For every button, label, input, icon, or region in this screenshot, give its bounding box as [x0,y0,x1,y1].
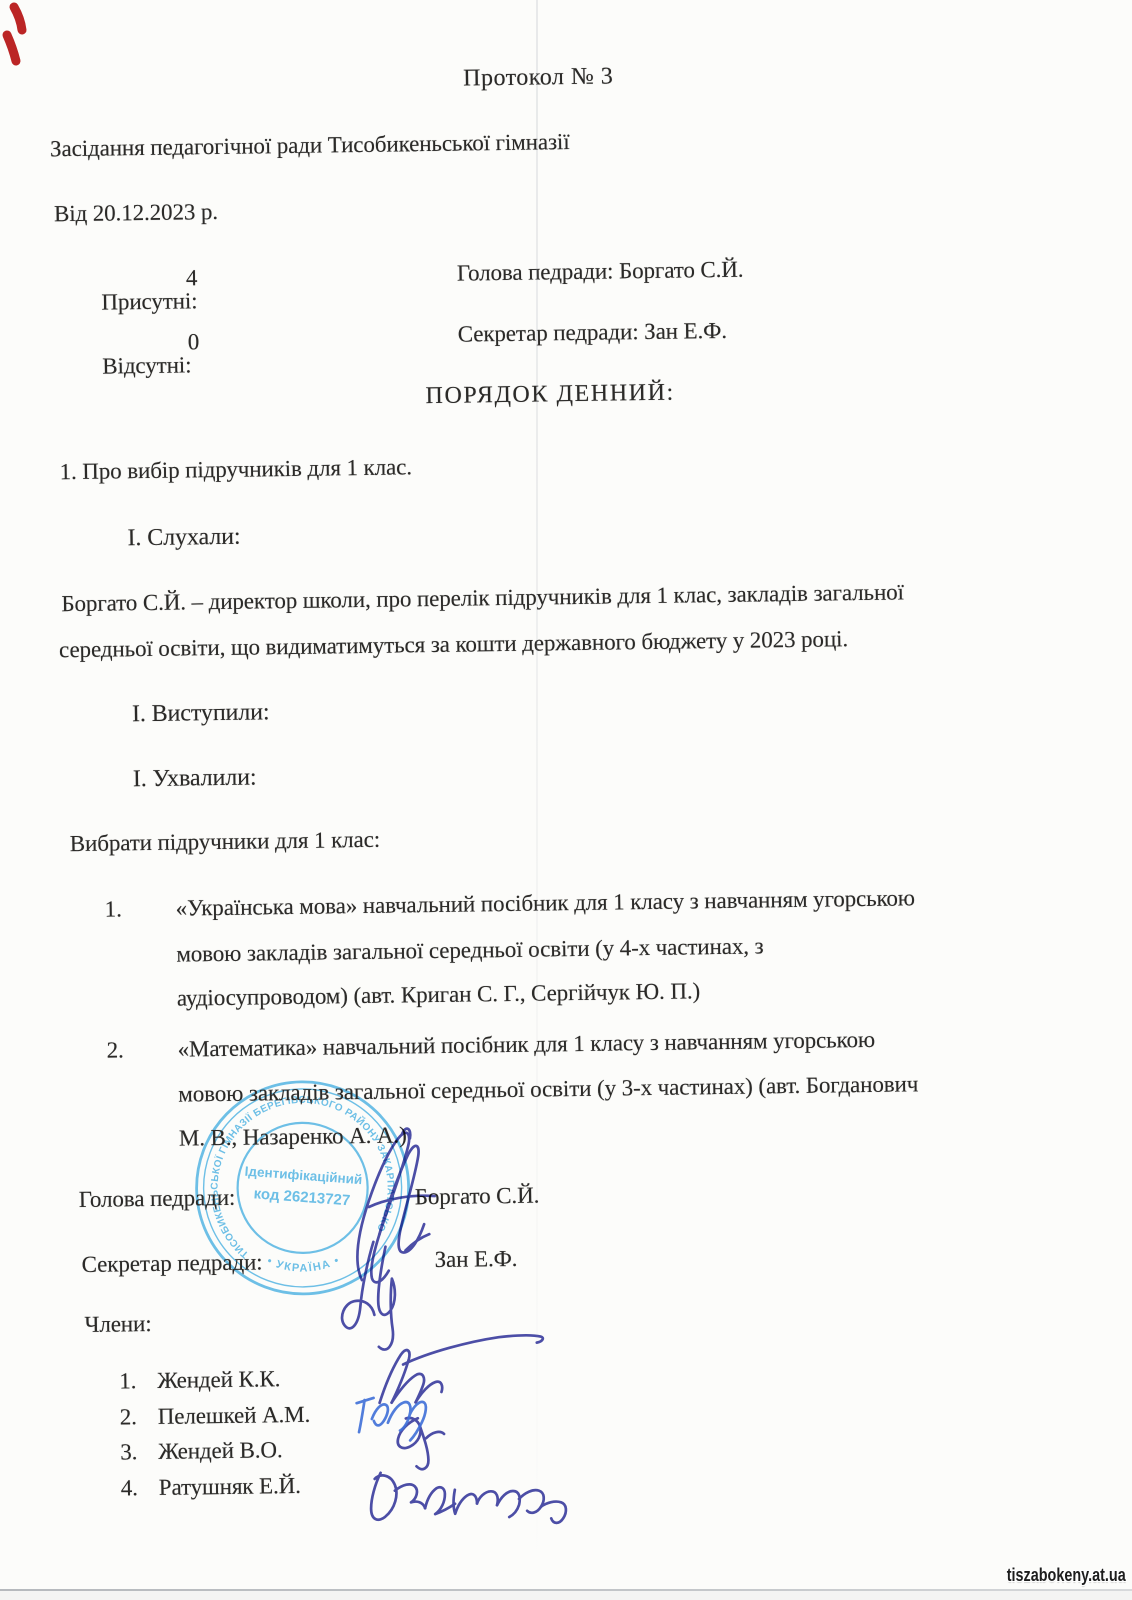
member-4-name: Ратушняк Е.Й. [159,1474,301,1499]
agenda-heading: ПОРЯДОК ДЕННИЙ: [425,381,675,408]
members-heading: Члени: [84,1312,151,1336]
heard-text-line2: середньої освіти, що видиматимуться за к… [59,627,848,661]
head-signature-label: Голова педради: [79,1186,236,1211]
meeting-subtitle: Засідання педагогічної ради Тисобикеньсь… [50,130,570,160]
heard-text-line1: Боргато С.Й. – директор школи, про перел… [61,580,904,615]
absent-count: 0 [188,330,200,353]
head-line: Голова педради: Боргато С.Й. [457,258,744,285]
member-2-number: 2. [120,1405,137,1428]
paper-sheet: ТИСОБИКЕНЬСЬКОЇ ГІМНАЗІЇ БЕРЕГІВСЬКОГО Р… [0,0,1132,1600]
item-2-line3: М. В., Назаренко А. А.) [179,1123,407,1149]
item-1-line3: аудіосупроводом) (авт. Криган С. Г., Сер… [177,979,700,1009]
item-2-number: 2. [107,1038,124,1061]
page-title: Протокол № 3 [463,64,614,90]
secretary-signature-label: Секретар педради: [82,1250,263,1276]
head-signature-name: Боргато С.Й. [415,1184,540,1209]
absent-label: Відсутні: [102,352,191,378]
heard-heading: І. Слухали: [127,525,240,551]
present-label: Присутні: [101,288,197,314]
agenda-item-1: 1. Про вибір підручників для 1 клас. [59,455,412,483]
present-count: 4 [186,266,198,289]
item-2-line1: «Математика» навчальний посібник для 1 к… [178,1028,876,1061]
member-1-number: 1. [119,1369,136,1392]
table-row: 4. Ратушняк Е.Й. [21,1469,622,1569]
date-line: Від 20.12.2023 р. [54,200,218,225]
absent-row: Відсутні: 0 [57,330,193,424]
member-2-name: Пелешкей А.М. [158,1403,311,1428]
spoke-heading: І. Виступили: [132,700,270,726]
item-1-line1: «Українська мова» навчальний посібник дл… [176,886,916,919]
secretary-signature-name: Зан Е.Ф. [434,1247,517,1271]
member-3-name: Жендей В.О. [158,1438,283,1463]
resolution-intro: Вибрати підручники для 1 клас: [70,828,381,855]
member-1-name: Жендей К.К. [157,1367,280,1392]
printed-text-layer: Протокол № 3 Засідання педагогічної ради… [0,0,1132,1600]
scanned-protocol-document: ТИСОБИКЕНЬСЬКОЇ ГІМНАЗІЇ БЕРЕГІВСЬКОГО Р… [0,0,1132,1600]
member-3-number: 3. [120,1440,137,1463]
resolved-heading: І. Ухвалили: [133,765,257,791]
member-4-number: 4. [121,1476,138,1499]
item-1-number: 1. [105,897,122,920]
secretary-line: Секретар педради: Зан Е.Ф. [458,319,727,346]
